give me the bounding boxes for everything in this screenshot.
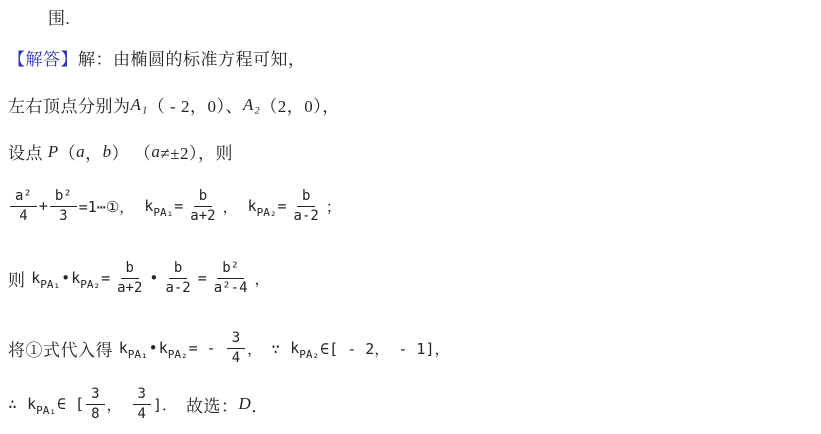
slope-symbol: kPA₁ — [31, 269, 60, 287]
math-text: = — [198, 269, 207, 287]
math-text: ]． — [153, 394, 186, 415]
text-run: ， — [85, 139, 103, 164]
text-run: ≠±2），则 — [160, 139, 233, 164]
math-text: ∴ — [8, 395, 26, 413]
fraction: b²a²-4 — [209, 260, 253, 297]
math-text: ； — [326, 196, 341, 217]
fraction-numerator: 3 — [133, 386, 151, 405]
text-run: 故选： — [186, 392, 239, 417]
line-setpoint: 设点 P（a，b） （a≠±2），则 — [8, 141, 821, 162]
math-text: ， — [255, 268, 270, 289]
math-text: ， — [223, 196, 247, 217]
line-vertices: 左右顶点分别为A₁（ - 2，0）、A₂（2，0）， — [8, 94, 821, 115]
fraction-denominator: a²-4 — [209, 279, 253, 297]
fraction: 34 — [227, 330, 245, 367]
fraction-denominator: 4 — [227, 349, 245, 367]
math-variable: A₂ — [243, 95, 260, 115]
math-variable: D — [239, 394, 252, 414]
fraction-numerator: b — [297, 188, 315, 207]
math-variable: A₁ — [131, 95, 148, 115]
fraction-denominator: 8 — [86, 405, 104, 423]
text-run: 将①式代入得 — [8, 336, 118, 361]
slope-symbol: kPA₂ — [248, 197, 277, 215]
lines-container: 围.【解答】解：由椭圆的标准方程可知，左右顶点分别为A₁（ - 2，0）、A₂（… — [8, 6, 821, 424]
text-run: 则 — [8, 266, 30, 291]
slope-base: k — [31, 269, 40, 287]
slope-subscript: PA₁ — [40, 278, 60, 291]
slope-symbol: kPA₁ — [119, 339, 148, 357]
text-run: 围. — [48, 4, 70, 29]
text-run: （ — [59, 139, 77, 164]
slope-subscript: PA₂ — [80, 278, 100, 291]
fraction-numerator: a² — [10, 188, 37, 207]
slope-subscript: PA₁ — [153, 206, 173, 219]
slope-base: k — [119, 339, 128, 357]
slope-base: k — [144, 197, 153, 215]
math-text: = — [174, 197, 183, 215]
line-answer: 【解答】解：由椭圆的标准方程可知， — [8, 47, 821, 68]
math-text: = - — [189, 339, 225, 357]
fraction-numerator: b² — [217, 260, 244, 279]
math-text: ， — [107, 394, 131, 415]
slope-base: k — [71, 269, 80, 287]
fraction-denominator: 3 — [54, 207, 72, 225]
fraction-numerator: b — [169, 260, 187, 279]
fraction-denominator: a+2 — [185, 207, 220, 225]
text-run: ） （ — [112, 139, 152, 164]
math-text: ∈[ - 2， - 1]， — [320, 338, 449, 359]
fraction-numerator: b — [194, 188, 212, 207]
math-text: • — [149, 339, 158, 357]
fraction-numerator: 3 — [227, 330, 245, 349]
fraction-denominator: a+2 — [112, 279, 147, 297]
text-run: 解：由椭圆的标准方程可知， — [78, 45, 306, 70]
slope-symbol: kPA₁ — [144, 197, 173, 215]
math-text: ， ∵ — [247, 338, 289, 359]
slope-base: k — [248, 197, 257, 215]
math-text: + — [39, 197, 48, 215]
fraction-numerator: 3 — [86, 386, 104, 405]
math-variable: P — [48, 142, 59, 162]
fraction: 34 — [133, 386, 151, 423]
line-continuation: 围. — [48, 6, 821, 27]
fraction: b²3 — [50, 188, 77, 225]
fraction-denominator: 4 — [133, 405, 151, 423]
slope-base: k — [290, 339, 299, 357]
math-variable: a — [151, 142, 160, 162]
text-run: 左右顶点分别为 — [8, 92, 131, 117]
fraction-numerator: b — [121, 260, 139, 279]
slope-base: k — [159, 339, 168, 357]
line-eq1: a²4+b²3=1⋯①， kPA₁=ba+2， kPA₂=ba-2； — [8, 182, 821, 230]
slope-subscript: PA₂ — [168, 348, 188, 361]
math-variable: a — [76, 142, 85, 162]
slope-subscript: PA₂ — [257, 206, 277, 219]
fraction-denominator: a-2 — [289, 207, 324, 225]
slope-base: k — [27, 395, 36, 413]
slope-symbol: kPA₂ — [290, 339, 319, 357]
slope-subscript: PA₂ — [299, 348, 319, 361]
math-text: =1⋯①， — [79, 196, 144, 217]
math-text: = — [101, 269, 110, 287]
text-run: ． — [251, 392, 269, 417]
math-text: ∈ [ — [57, 395, 84, 413]
slope-subscript: PA₁ — [128, 348, 148, 361]
fraction: ba+2 — [112, 260, 147, 297]
text-run: （ - 2，0）、 — [148, 92, 243, 117]
text-run: 【解答】 — [8, 45, 78, 70]
slope-symbol: kPA₂ — [159, 339, 188, 357]
fraction: 38 — [86, 386, 104, 423]
solution-document: 围.【解答】解：由椭圆的标准方程可知，左右顶点分别为A₁（ - 2，0）、A₂（… — [0, 0, 821, 434]
math-variable: b — [103, 142, 112, 162]
fraction: ba-2 — [289, 188, 324, 225]
fraction: ba+2 — [185, 188, 220, 225]
math-text: = — [278, 197, 287, 215]
text-run: 设点 — [8, 139, 48, 164]
line-eq3: 将①式代入得 kPA₁•kPA₂= - 34， ∵ kPA₂∈[ - 2， - … — [8, 326, 821, 370]
line-conclusion: ∴ kPA₁∈ [38， 34]． 故选：D． — [8, 384, 821, 424]
math-text: • — [149, 269, 158, 287]
fraction-numerator: b² — [50, 188, 77, 207]
fraction: a²4 — [10, 188, 37, 225]
slope-symbol: kPA₂ — [71, 269, 100, 287]
slope-subscript: PA₁ — [36, 404, 56, 417]
line-eq2: 则 kPA₁•kPA₂=ba+2•ba-2=b²a²-4， — [8, 254, 821, 302]
slope-symbol: kPA₁ — [27, 395, 56, 413]
fraction-denominator: 4 — [14, 207, 32, 225]
math-text: • — [61, 269, 70, 287]
fraction-denominator: a-2 — [160, 279, 195, 297]
text-run: （2，0）， — [260, 92, 340, 117]
fraction: ba-2 — [160, 260, 195, 297]
